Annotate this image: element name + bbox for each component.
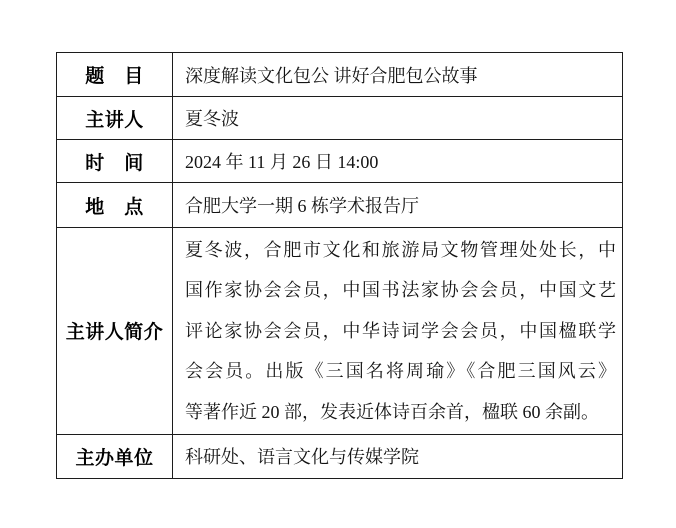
document-page: 题 目 深度解读文化包公 讲好合肥包公故事 主讲人 夏冬波 时 间 2024 年… — [0, 0, 676, 528]
table-row-speaker: 主讲人 夏冬波 — [57, 97, 623, 140]
table-row-organizer: 主办单位 科研处、语言文化与传媒学院 — [57, 434, 623, 478]
table-row-bio: 主讲人简介 夏冬波，合肥市文化和旅游局文物管理处处长，中 国作家协会会员，中国书… — [57, 228, 623, 435]
organizer-value-cell: 科研处、语言文化与传媒学院 — [173, 434, 623, 478]
time-label-cell: 时 间 — [57, 140, 173, 183]
title-label-cell: 题 目 — [57, 53, 173, 97]
bio-value-cell: 夏冬波，合肥市文化和旅游局文物管理处处长，中 国作家协会会员，中国书法家协会会员… — [173, 228, 623, 435]
title-value-cell: 深度解读文化包公 讲好合肥包公故事 — [173, 53, 623, 97]
organizer-label-cell: 主办单位 — [57, 434, 173, 478]
lecture-info-table: 题 目 深度解读文化包公 讲好合肥包公故事 主讲人 夏冬波 时 间 2024 年… — [56, 52, 623, 479]
bio-line-3: 评论家协会会员，中华诗词学会会员，中国楹联学 — [185, 311, 616, 351]
bio-label-cell: 主讲人简介 — [57, 228, 173, 435]
time-value-cell: 2024 年 11 月 26 日 14:00 — [173, 140, 623, 183]
bio-line-5: 等著作近 20 部，发表近体诗百余首，楹联 60 余副。 — [185, 392, 616, 432]
bio-line-2: 国作家协会会员，中国书法家协会会员，中国文艺 — [185, 270, 616, 310]
place-label-cell: 地 点 — [57, 183, 173, 228]
bio-line-4: 会会员。出版《三国名将周瑜》《合肥三国风云》 — [185, 351, 616, 391]
place-value-cell: 合肥大学一期 6 栋学术报告厅 — [173, 183, 623, 228]
table-row-title: 题 目 深度解读文化包公 讲好合肥包公故事 — [57, 53, 623, 97]
speaker-label-cell: 主讲人 — [57, 97, 173, 140]
speaker-value-cell: 夏冬波 — [173, 97, 623, 140]
table-row-time: 时 间 2024 年 11 月 26 日 14:00 — [57, 140, 623, 183]
table-row-place: 地 点 合肥大学一期 6 栋学术报告厅 — [57, 183, 623, 228]
bio-line-1: 夏冬波，合肥市文化和旅游局文物管理处处长，中 — [185, 230, 616, 270]
